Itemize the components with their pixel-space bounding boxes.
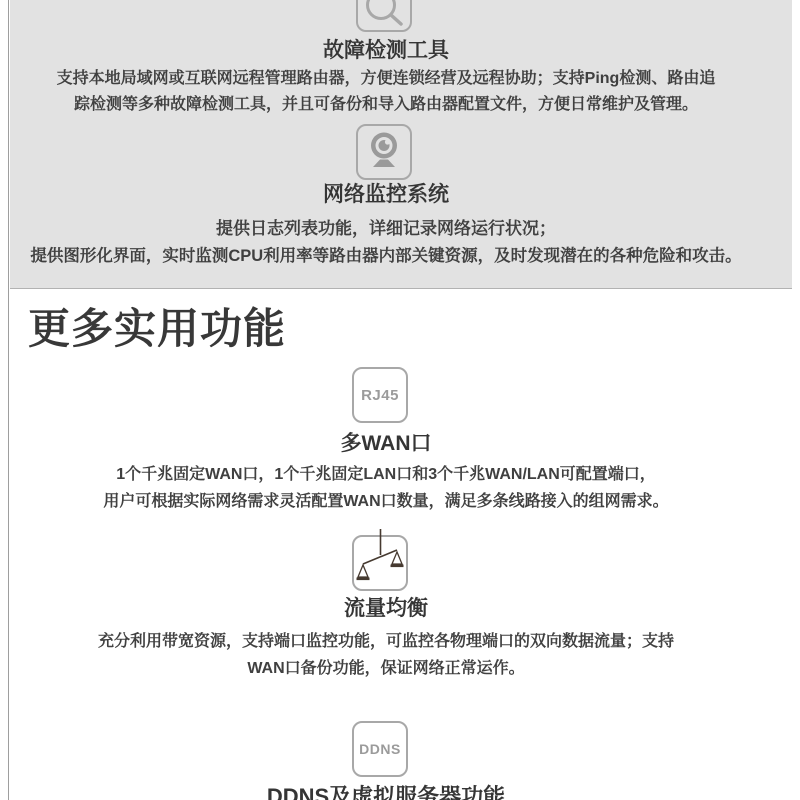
feature-text-line: 用户可根据实际网络需求灵活配置WAN口数量，满足多条线路接入的组网需求。 bbox=[103, 493, 668, 510]
feature-title-network-monitoring: 网络监控系统 bbox=[10, 184, 762, 206]
feature-text-line: 提供图形化界面，实时监测CPU利用率等路由器内部关键资源，及时发现潜在的各种危险… bbox=[30, 247, 741, 265]
feature-text-line: 1个千兆固定WAN口，1个千兆固定LAN口和3个千兆WAN/LAN可配置端口， bbox=[116, 466, 656, 483]
feature-text-traffic-balancing: 充分利用带宽资源，支持端口监控功能，可监控各物理端口的双向数据流量；支持 WAN… bbox=[6, 628, 766, 682]
section-heading-more-functions: 更多实用功能 bbox=[28, 306, 286, 352]
rj45-icon-label: RJ45 bbox=[361, 387, 399, 404]
gray-feature-panel: 故障检测工具 支持本地局域网或互联网远程管理路由器，方便连锁经营及远程协助；支持… bbox=[10, 0, 792, 289]
rj45-port-icon: RJ45 bbox=[352, 367, 408, 423]
feature-text-multi-wan: 1个千兆固定WAN口，1个千兆固定LAN口和3个千兆WAN/LAN可配置端口， … bbox=[6, 461, 766, 515]
ddns-icon-label: DDNS bbox=[359, 741, 401, 757]
magnifier-icon bbox=[356, 0, 412, 32]
feature-text-line: 充分利用带宽资源，支持端口监控功能，可监控各物理端口的双向数据流量；支持 bbox=[98, 633, 674, 650]
ddns-icon: DDNS bbox=[352, 721, 408, 777]
feature-text-line: 踪检测等多种故障检测工具，并且可备份和导入路由器配置文件，方便日常维护及管理。 bbox=[74, 96, 698, 113]
feature-title-multi-wan: 多WAN口 bbox=[6, 433, 766, 455]
feature-text-line: 支持本地局域网或互联网远程管理路由器，方便连锁经营及远程协助；支持Ping检测、… bbox=[57, 70, 716, 87]
product-detail-page: 故障检测工具 支持本地局域网或互联网远程管理路由器，方便连锁经营及远程协助；支持… bbox=[0, 0, 800, 800]
balance-scale-icon bbox=[352, 535, 408, 591]
feature-title-fault-detection: 故障检测工具 bbox=[10, 40, 762, 62]
feature-text-network-monitoring: 提供日志列表功能，详细记录网络运行状况； 提供图形化界面，实时监测CPU利用率等… bbox=[10, 216, 762, 270]
webcam-icon bbox=[356, 124, 412, 180]
feature-text-fault-detection: 支持本地局域网或互联网远程管理路由器，方便连锁经营及远程协助；支持Ping检测、… bbox=[10, 66, 762, 118]
feature-title-traffic-balancing: 流量均衡 bbox=[6, 598, 766, 620]
feature-text-line: WAN口备份功能，保证网络正常运作。 bbox=[247, 660, 524, 677]
feature-title-ddns: DDNS及虚拟服务器功能 bbox=[6, 786, 766, 800]
feature-text-line: 提供日志列表功能，详细记录网络运行状况； bbox=[216, 219, 556, 238]
